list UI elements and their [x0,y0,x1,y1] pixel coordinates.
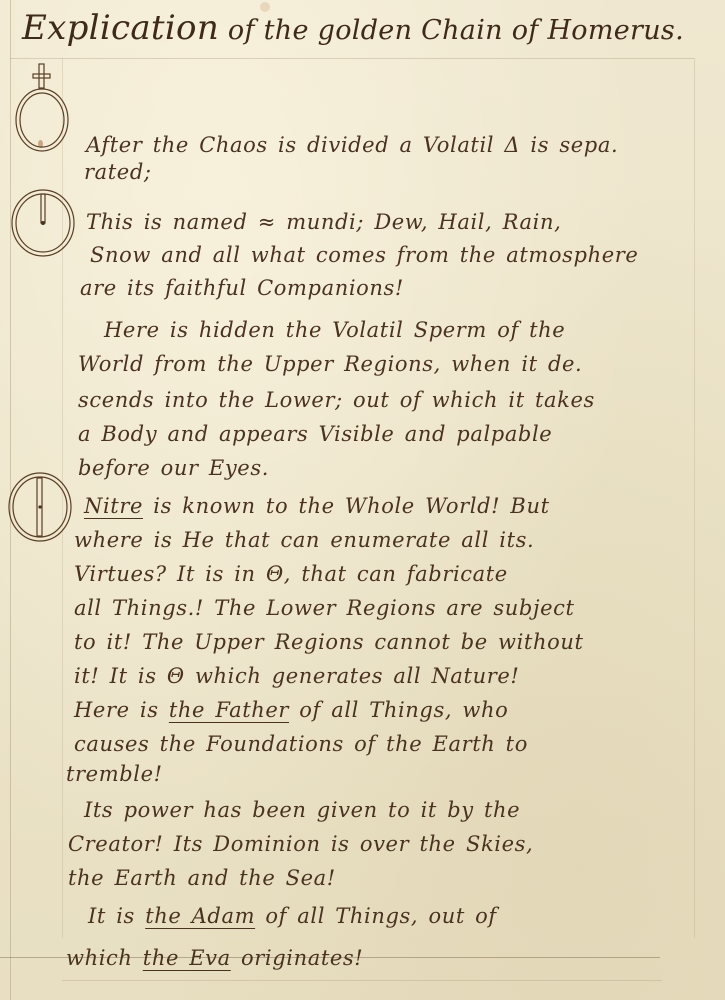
text-line: Its power has been given to it by the [84,798,520,822]
text-line: World from the Upper Regions, when it de… [78,352,582,376]
frame-rule-top [10,58,694,59]
title-first-word: Explication [22,8,219,48]
title-rest: of the golden Chain of Homerus. [228,15,684,46]
manuscript-page: Explication of the golden Chain of Homer… [0,0,725,1000]
text-line: tremble! [66,762,163,786]
text-line: Virtues? It is in Θ, that can fabricate [74,562,508,586]
text-line: the Earth and the Sea! [68,866,336,890]
margin-rule-right [694,58,695,938]
text-line: Nitre is known to the Whole World! But [84,494,550,518]
text-line: Creator! Its Dominion is over the Skies, [68,832,533,856]
underlined-word-nitre: Nitre [84,494,143,518]
circle-with-half-bar-icon [10,188,76,258]
text-line: rated; [84,160,152,184]
text-line: before our Eyes. [78,456,269,480]
text-line: It is the Adam of all Things, out of [88,904,497,928]
underlined-phrase-the-father: the Father [169,698,289,722]
text-line: After the Chaos is divided a Volatil Δ i… [86,133,618,157]
text-line: to it! The Upper Regions cannot be witho… [74,630,584,654]
text-line: all Things.! The Lower Regions are subje… [74,596,575,620]
text-line: a Body and appears Visible and palpable [78,422,552,446]
circle-with-cross-icon [12,62,72,154]
text-line: This is named ≈ mundi; Dew, Hail, Rain, [86,210,561,234]
page-title: Explication of the golden Chain of Homer… [22,8,684,48]
text-line: scends into the Lower; out of which it t… [78,388,595,412]
text-line: it! It is Θ which generates all Nature! [74,664,519,688]
underlined-phrase-the-eva: the Eva [143,946,231,970]
text-line: which the Eva originates! [66,946,363,970]
text-line: Here is hidden the Volatil Sperm of the [104,318,565,342]
text-line: causes the Foundations of the Earth to [74,732,528,756]
text-line: where is He that can enumerate all its. [74,528,534,552]
frame-rule-bottom-inner [62,980,662,981]
text-line: Here is the Father of all Things, who [74,698,508,722]
circle-with-full-bar-icon [6,471,74,543]
underlined-phrase-the-adam: the Adam [145,904,255,928]
text-line: Snow and all what comes from the atmosph… [90,243,638,267]
text-line: are its faithful Companions! [80,276,404,300]
